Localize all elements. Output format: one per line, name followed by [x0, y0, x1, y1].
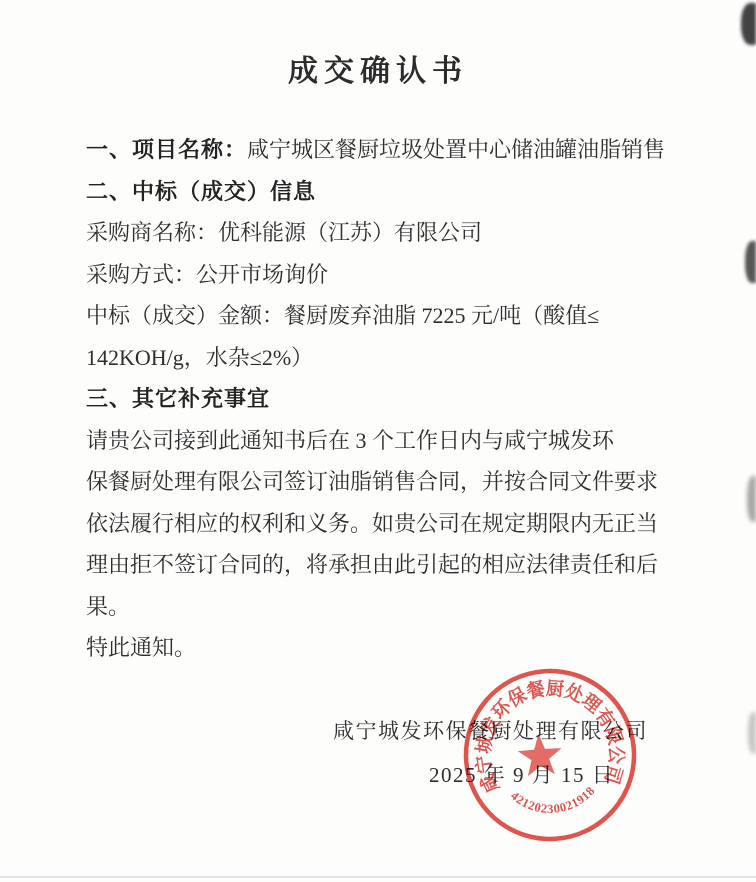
scan-artifact-right-middle — [747, 476, 756, 522]
scan-artifact-top-right — [741, 3, 756, 45]
award-amount-line-2: 142KOH/g，水杂≤2%） — [86, 337, 686, 379]
project-name-line: 一、项目名称：咸宁城区餐厨垃圾处置中心储油罐油脂销售 — [86, 129, 686, 171]
procurement-method-line: 采购方式：公开市场询价 — [86, 254, 686, 296]
closing-notice-line: 特此通知。 — [86, 627, 686, 669]
signature-date: 2025 年 9 月 15 日 — [429, 759, 614, 789]
project-name-label: 一、项目名称： — [86, 137, 247, 162]
scan-artifact-right-upper — [745, 241, 756, 283]
buyer-name-line: 采购商名称：优科能源（江苏）有限公司 — [86, 212, 686, 254]
award-info-heading: 二、中标（成交）信息 — [86, 171, 686, 213]
page-bottom-scan-edge — [0, 876, 756, 878]
scan-artifact-right-lower — [748, 712, 756, 754]
document-body: 一、项目名称：咸宁城区餐厨垃圾处置中心储油罐油脂销售 二、中标（成交）信息 采购… — [86, 129, 686, 669]
supplement-line-4: 理由拒不签订合同的，将承担由此引起的相应法律责任和后 — [86, 544, 686, 586]
supplement-line-2: 保餐厨处理有限公司签订油脂销售合同，并按合同文件要求 — [86, 461, 686, 503]
company-seal-graphic: 咸宁城发环保餐厨处理有限公司 42120230021918 — [460, 665, 640, 845]
signature-company: 咸宁城发环保餐厨处理有限公司 — [333, 715, 648, 745]
supplement-line-5: 果。 — [86, 586, 686, 628]
supplement-line-1: 请贵公司接到此通知书后在 3 个工作日内与咸宁城发环 — [86, 420, 686, 462]
award-amount-line-1: 中标（成交）金额：餐厨废弃油脂 7225 元/吨（酸值≤ — [86, 295, 686, 337]
supplement-heading: 三、其它补充事宜 — [86, 378, 686, 420]
scanned-document-page: 成交确认书 一、项目名称：咸宁城区餐厨垃圾处置中心储油罐油脂销售 二、中标（成交… — [0, 0, 756, 882]
company-seal: 咸宁城发环保餐厨处理有限公司 42120230021918 — [460, 665, 640, 845]
supplement-line-3: 依法履行相应的权利和义务。如贵公司在规定期限内无正当 — [86, 503, 686, 545]
project-name-value: 咸宁城区餐厨垃圾处置中心储油罐油脂销售 — [247, 137, 665, 162]
document-title: 成交确认书 — [0, 46, 756, 90]
seal-ring — [460, 665, 639, 844]
